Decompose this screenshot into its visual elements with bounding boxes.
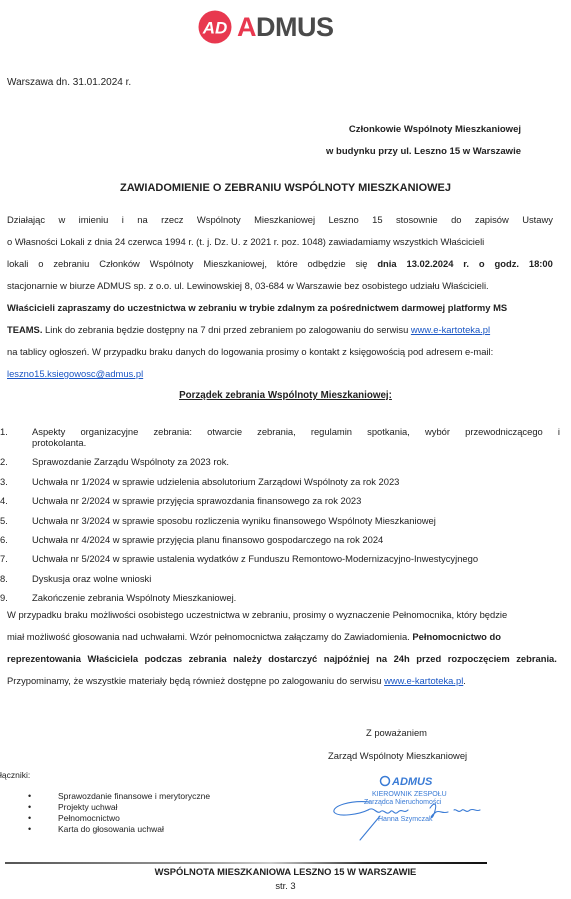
agenda-item: 7.Uchwała nr 5/2024 w sprawie ustalenia …: [0, 553, 560, 564]
attachment-label: Pełnomocnictwo: [58, 813, 120, 824]
footer-org: WSPÓLNOTA MIESZKANIOWA LESZNO 15 W WARSZ…: [0, 866, 571, 877]
agenda-item: 6.Uchwała nr 4/2024 w sprawie przyjęcia …: [0, 534, 560, 545]
intro-line-7: na tablicy ogłoszeń. W przypadku braku d…: [7, 341, 553, 363]
bullet-icon: •: [28, 813, 58, 824]
agenda-item-text: Aspektyorganizacyjnezebrania:otwarciezeb…: [32, 426, 560, 448]
recipient-line-1: Członkowie Wspólnoty Mieszkaniowej: [349, 124, 521, 135]
intro-line-8: leszno15.ksiegowosc@admus.pl: [7, 363, 553, 385]
attachment-label: Karta do głosowania uchwał: [58, 824, 164, 835]
agenda-item-text: Uchwała nr 1/2024 w sprawie udzielenia a…: [32, 476, 560, 487]
agenda-item: 1.Aspektyorganizacyjnezebrania:otwarciez…: [0, 426, 560, 448]
attachments-heading: łączniki:: [0, 770, 30, 780]
signature-stamp: ADMUS KIEROWNIK ZESPOŁU Zarządca Nieruch…: [330, 772, 510, 842]
proxy-paragraph: W przypadku braku możliwości osobistego …: [7, 604, 557, 692]
admus-logo-text: ADMUS: [237, 10, 334, 44]
agenda-item-number: 7.: [0, 553, 32, 564]
intro-line-3: lokaliozebraniuCzłonkówWspólnotyMieszkan…: [7, 253, 553, 275]
agenda-item-text: Uchwała nr 4/2024 w sprawie przyjęcia pl…: [32, 534, 560, 545]
agenda-heading: Porządek zebrania Wspólnoty Mieszkaniowe…: [0, 390, 571, 401]
agenda-item-number: 9.: [0, 592, 32, 603]
attachment-item: •Karta do głosowania uchwał: [28, 824, 210, 835]
proxy-line-3: reprezentowaniaWłaścicielapodczaszebrani…: [7, 648, 557, 670]
svg-text:KIEROWNIK ZESPOŁU: KIEROWNIK ZESPOŁU: [372, 791, 447, 798]
agenda-item-number: 4.: [0, 495, 32, 506]
intro-line-1: DziałającwimieniuinarzeczWspólnotyMieszk…: [7, 209, 553, 231]
intro-line-2: o Własności Lokali z dnia 24 czerwca 199…: [7, 231, 553, 253]
closing-board: Zarząd Wspólnoty Mieszkaniowej: [328, 750, 467, 762]
agenda-item-number: 8.: [0, 573, 32, 584]
agenda-item-text: Zakończenie zebrania Wspólnoty Mieszkani…: [32, 592, 560, 603]
page-number: str. 3: [0, 880, 571, 891]
attachment-item: •Pełnomocnictwo: [28, 813, 210, 824]
intro-line-5: Właścicieli zapraszamy do uczestnictwa w…: [7, 297, 553, 319]
svg-text:ADMUS: ADMUS: [391, 776, 433, 788]
admus-logo-mark-icon: AD: [197, 10, 233, 44]
intro-line-6: TEAMS. Link do zebrania będzie dostępny …: [7, 319, 553, 341]
agenda-item: 9.Zakończenie zebrania Wspólnoty Mieszka…: [0, 592, 560, 603]
proxy-line-2: miał możliwość głosowania nad uchwałami.…: [7, 626, 557, 648]
agenda-item-number: 6.: [0, 534, 32, 545]
recipient-line-2: w budynku przy ul. Leszno 15 w Warszawie: [326, 146, 521, 157]
agenda-item-number: 1.: [0, 426, 32, 448]
agenda-item: 2.Sprawozdanie Zarządu Wspólnoty za 2023…: [0, 456, 560, 467]
attachment-item: •Sprawozdanie finansowe i merytoryczne: [28, 791, 210, 802]
bullet-icon: •: [28, 791, 58, 802]
attachment-label: Projekty uchwał: [58, 802, 118, 813]
agenda-item: 5.Uchwała nr 3/2024 w sprawie sposobu ro…: [0, 515, 560, 526]
agenda-item-number: 3.: [0, 476, 32, 487]
attachment-label: Sprawozdanie finansowe i merytoryczne: [58, 791, 210, 802]
agenda-item-text: Uchwała nr 5/2024 w sprawie ustalenia wy…: [32, 553, 560, 564]
agenda-item-number: 5.: [0, 515, 32, 526]
proxy-line-1: W przypadku braku możliwości osobistego …: [7, 604, 557, 626]
svg-text:Zarządca Nieruchomości: Zarządca Nieruchomości: [364, 799, 442, 806]
attachments-list: •Sprawozdanie finansowe i merytoryczne•P…: [28, 791, 210, 835]
admus-logo: AD ADMUS: [197, 10, 334, 44]
e-kartoteka-link-2[interactable]: www.e-kartoteka.pl: [384, 670, 463, 692]
svg-text:AD: AD: [202, 19, 228, 38]
document-title: ZAWIADOMIENIE O ZEBRANIU WSPÓLNOTY MIESZ…: [0, 182, 571, 194]
bullet-icon: •: [28, 824, 58, 835]
agenda-item: 8.Dyskusja oraz wolne wnioski: [0, 573, 560, 584]
agenda-list: 1.Aspektyorganizacyjnezebrania:otwarciez…: [0, 426, 560, 612]
attachment-item: •Projekty uchwał: [28, 802, 210, 813]
agenda-item-number: 2.: [0, 456, 32, 467]
bullet-icon: •: [28, 802, 58, 813]
closing-greeting: Z poważaniem: [366, 727, 427, 739]
agenda-item: 4.Uchwała nr 2/2024 w sprawie przyjęcia …: [0, 495, 560, 506]
agenda-item: 3.Uchwała nr 1/2024 w sprawie udzielenia…: [0, 476, 560, 487]
intro-paragraph: DziałającwimieniuinarzeczWspólnotyMieszk…: [7, 209, 553, 385]
intro-line-4: stacjonarnie w biurze ADMUS sp. z o.o. u…: [7, 275, 553, 297]
agenda-item-text: Uchwała nr 3/2024 w sprawie sposobu rozl…: [32, 515, 560, 526]
footer-divider: [5, 862, 487, 864]
email-link[interactable]: leszno15.ksiegowosc@admus.pl: [7, 363, 143, 385]
agenda-item-text: Dyskusja oraz wolne wnioski: [32, 573, 560, 584]
place-date: Warszawa dn. 31.01.2024 r.: [7, 77, 131, 88]
e-kartoteka-link[interactable]: www.e-kartoteka.pl: [411, 319, 490, 341]
agenda-item-text: Uchwała nr 2/2024 w sprawie przyjęcia sp…: [32, 495, 560, 506]
agenda-item-text: Sprawozdanie Zarządu Wspólnoty za 2023 r…: [32, 456, 560, 467]
svg-text:Hanna Szymczak: Hanna Szymczak: [378, 816, 433, 823]
proxy-line-4: Przypominamy, że wszystkie materiały będ…: [7, 670, 557, 692]
